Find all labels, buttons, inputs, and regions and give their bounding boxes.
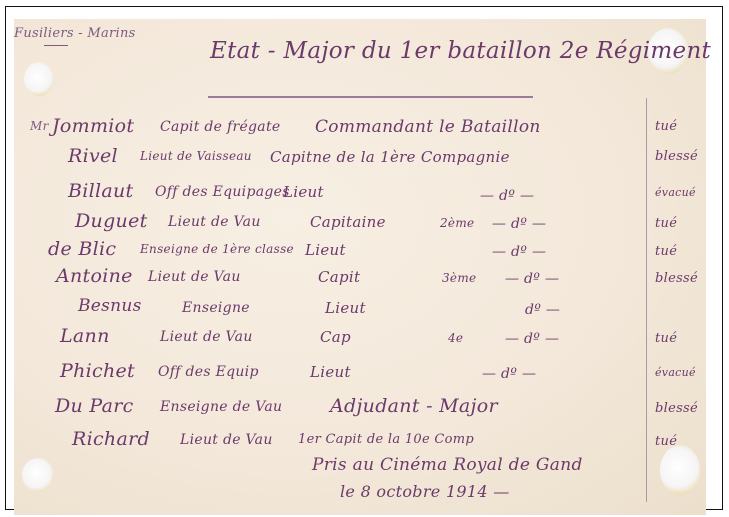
date-note: le 8 octobre 1914 —	[340, 482, 510, 501]
officer-name: Rivel	[68, 145, 118, 167]
officer-status: tué	[655, 331, 677, 346]
officer-role: Lieut	[325, 299, 366, 317]
officer-name: Antoine	[56, 265, 133, 287]
officer-role: Commandant le Bataillon	[315, 117, 541, 137]
officer-rank: Enseigne de 1ère classe	[140, 242, 294, 256]
location-note: Pris au Cinéma Royal de Gand	[312, 455, 583, 475]
officer-status: évacué	[655, 186, 696, 199]
officer-status: évacué	[655, 366, 696, 379]
officer-status: blessé	[655, 149, 698, 164]
officer-name: Duguet	[75, 210, 148, 232]
company-number: 4e	[448, 331, 463, 345]
roster-row: Du Parc Enseigne de Vau Adjudant - Major…	[0, 395, 700, 425]
officer-role: Adjudant - Major	[330, 395, 498, 417]
officer-status: blessé	[655, 401, 698, 416]
officer-role: Capit	[318, 268, 360, 286]
title-underline	[208, 96, 533, 98]
officer-rank: Lieut de Vau	[168, 214, 261, 230]
officer-name: de Blic	[48, 238, 116, 260]
officer-name: Lann	[60, 325, 110, 347]
officer-name: Besnus	[78, 296, 142, 316]
officer-status: tué	[655, 119, 677, 134]
officer-role: Capitne de la 1ère Compagnie	[270, 148, 510, 166]
roster-row: Phichet Off des Equip Lieut — dº — évacu…	[0, 360, 700, 390]
officer-role: Cap	[320, 328, 351, 346]
document-title: Etat - Major du 1er bataillon 2e Régimen…	[210, 38, 711, 64]
officer-name: Billaut	[68, 180, 134, 202]
roster-row: Billaut Off des Equipages Lieut — dº — é…	[0, 180, 700, 210]
roster-row: Richard Lieut de Vau 1er Capit de la 10e…	[0, 428, 700, 458]
officer-name: Richard	[72, 428, 150, 450]
ditto-mark: — dº —	[505, 271, 559, 287]
pin-hole-bottom-left	[22, 458, 54, 492]
roster-row: Rivel Lieut de Vaisseau Capitne de la 1è…	[0, 145, 700, 175]
roster-row: Lann Lieut de Vau Cap 4e — dº — tué	[0, 325, 700, 355]
ditto-mark: — dº —	[482, 366, 536, 382]
officer-rank: Capit de frégate	[160, 119, 280, 135]
pin-hole-top-left	[24, 62, 54, 96]
officer-rank: Enseigne de Vau	[160, 399, 282, 415]
roster-row: Antoine Lieut de Vau Capit 3ème — dº — b…	[0, 265, 700, 295]
company-number: 3ème	[442, 271, 476, 285]
corner-underline	[44, 45, 68, 46]
officer-role: Capitaine	[310, 213, 386, 231]
officer-role: 1er Capit de la 10e Comp	[298, 432, 474, 447]
officer-rank: Off des Equipages	[155, 184, 290, 200]
officer-name: Phichet	[60, 360, 135, 382]
officer-rank: Lieut de Vau	[160, 329, 253, 345]
company-number: 2ème	[440, 216, 474, 230]
officer-role: Lieut	[283, 183, 324, 201]
ditto-mark: — dº —	[480, 188, 534, 204]
officer-rank: Lieut de Vaisseau	[140, 149, 252, 163]
roster-row: Besnus Enseigne Lieut dº —	[0, 296, 700, 326]
officer-rank: Lieut de Vau	[148, 269, 241, 285]
ditto-mark: — dº —	[492, 216, 546, 232]
ditto-mark: — dº —	[492, 244, 546, 260]
corner-label: Fusiliers - Marins	[14, 26, 136, 41]
roster-row: Mr Jommiot Capit de frégate Commandant l…	[0, 115, 700, 145]
roster-row: Duguet Lieut de Vau Capitaine 2ème — dº …	[0, 210, 700, 240]
officer-role: Lieut	[310, 363, 351, 381]
officer-name: Du Parc	[55, 395, 134, 417]
honorific-prefix: Mr	[30, 119, 49, 133]
officer-status: blessé	[655, 271, 698, 286]
ditto-mark: dº —	[525, 302, 560, 318]
officer-name: Jommiot	[52, 115, 134, 137]
officer-rank: Off des Equip	[158, 364, 259, 380]
officer-status: tué	[655, 216, 677, 231]
officer-rank: Enseigne	[182, 300, 250, 316]
officer-status: tué	[655, 244, 677, 259]
officer-role: Lieut	[305, 241, 346, 259]
ditto-mark: — dº —	[505, 331, 559, 347]
roster-row: de Blic Enseigne de 1ère classe Lieut — …	[0, 238, 700, 268]
officer-status: tué	[655, 434, 677, 449]
officer-rank: Lieut de Vau	[180, 432, 273, 448]
